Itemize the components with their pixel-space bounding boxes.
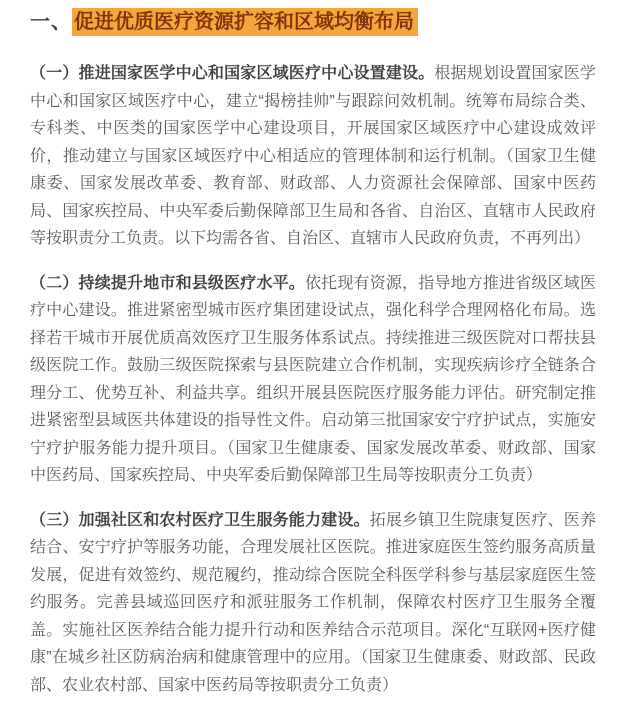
paragraph-2: （二）持续提升地市和县级医疗水平。依托现有资源，指导地方推进省级区域医疗中心建设… bbox=[30, 270, 596, 490]
paragraph-1-body: 根据规划设置国家医学中心和国家区域医疗中心，建立“揭榜挂帅”与跟踪问效机制。统筹… bbox=[30, 65, 596, 247]
document-page: 一、促进优质医疗资源扩容和区域均衡布局 （一）推进国家医学中心和国家区域医疗中心… bbox=[0, 0, 626, 699]
paragraph-1-lead: （一）推进国家医学中心和国家区域医疗中心设置建设。 bbox=[30, 65, 434, 82]
paragraph-3-lead: （三）加强社区和农村医疗卫生服务能力建设。 bbox=[30, 512, 370, 529]
paragraph-1: （一）推进国家医学中心和国家区域医疗中心设置建设。根据规划设置国家医学中心和国家… bbox=[30, 60, 596, 253]
section-title-highlight: 促进优质医疗资源扩容和区域均衡布局 bbox=[72, 8, 418, 36]
paragraph-2-lead: （二）持续提升地市和县级医疗水平。 bbox=[30, 275, 305, 292]
section-heading: 一、促进优质医疗资源扩容和区域均衡布局 bbox=[30, 9, 596, 35]
paragraph-3: （三）加强社区和农村医疗卫生服务能力建设。拓展乡镇卫生院康复医疗、医养结合、安宁… bbox=[30, 507, 596, 700]
section-number: 一、 bbox=[30, 11, 72, 33]
paragraph-3-body: 拓展乡镇卫生院康复医疗、医养结合、安宁疗护等服务功能，合理发展社区医院。推进家庭… bbox=[30, 512, 596, 694]
paragraph-2-body: 依托现有资源，指导地方推进省级区域医疗中心建设。推进紧密型城市医疗集团建设试点，… bbox=[30, 275, 596, 485]
